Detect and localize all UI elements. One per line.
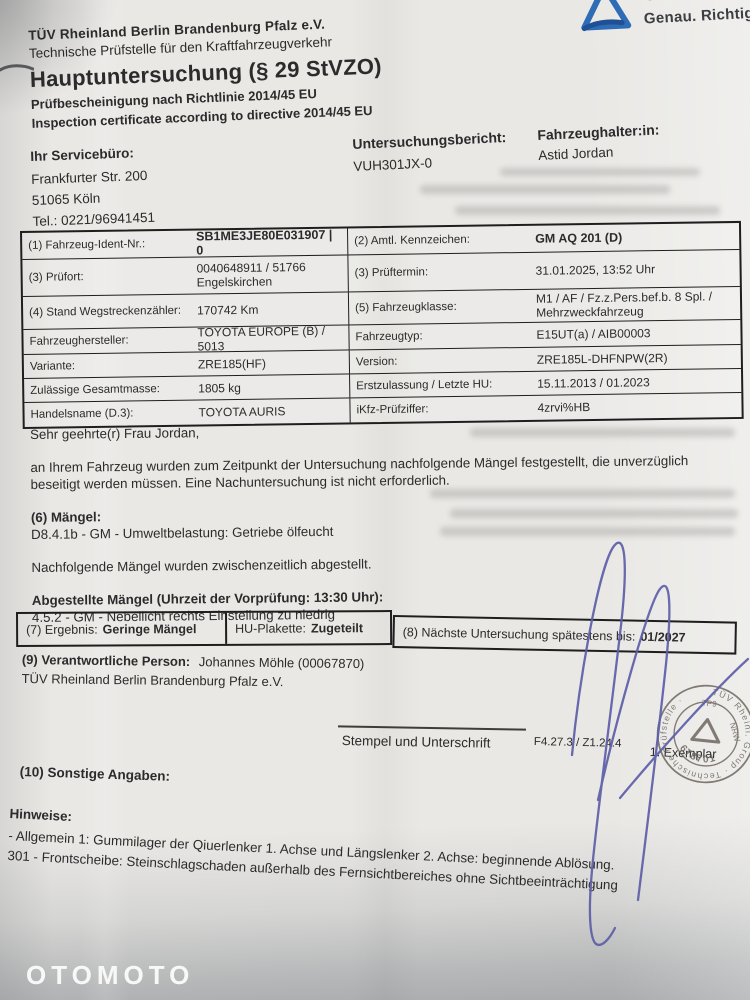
result-value: Geringe Mängel (103, 622, 197, 636)
report-number-label: Untersuchungsbericht: (352, 129, 507, 152)
row-value: GM AQ 201 (D) (529, 227, 739, 248)
responsible-person-block: (9) Verantwortliche Person: Johannes Möh… (22, 650, 365, 692)
row-label: (4) Stand Wegstreckenzähler: (23, 303, 191, 321)
notes-block: Hinweise: - Allgemein 1: Gummilager der … (7, 804, 620, 896)
brand-name-bold: TÜV (642, 0, 693, 7)
signature-line (338, 725, 526, 730)
row-label: Version: (349, 348, 531, 374)
row-value: TOYOTA EUROPE (B) / 5013 (191, 321, 348, 355)
row-label: Fahrzeughersteller: (23, 332, 191, 350)
tuv-rheinland-logo: TÜVRhein Genau. Richtig. (576, 0, 750, 36)
row-label: (5) Fahrzeugklasse: (348, 290, 530, 325)
row-label: Handelsname (D.3): (24, 405, 192, 423)
row-value: SB1ME3JE80E031907 | 0 (190, 225, 347, 259)
other-info-heading: (10) Sonstige Angaben: (20, 764, 171, 784)
responsible-label: (9) Verantwortliche Person: (22, 652, 190, 669)
letter-paragraph: an Ihrem Fahrzeug wurden zum Zeitpunkt d… (30, 452, 736, 493)
row-value: E15UT(a) / AIB00003 (530, 323, 740, 344)
stamp-triangle-icon (692, 718, 721, 742)
sticker-label: HU-Plakette: (235, 621, 306, 635)
row-label: Erstzulassung / Letzte HU: (349, 372, 531, 398)
result-cell: (7) Ergebnis: Geringe Mängel (18, 613, 225, 645)
service-office-block: Ihr Servicebüro: Frankfurter Str. 200 51… (30, 142, 155, 232)
inspector-stamp: TÜV Rheinl. Group · Technische Prüfstell… (642, 670, 750, 797)
row-value: 31.01.2025, 13:52 Uhr (529, 259, 739, 280)
inspection-certificate-photo: TÜVRhein Genau. Richtig. TÜV Rheinland B… (0, 0, 750, 1000)
resolved-note: Nachfolgende Mängel wurden zwischenzeitl… (31, 552, 737, 576)
service-office-label: Ihr Servicebüro: (30, 142, 153, 167)
result-box: (7) Ergebnis: Geringe Mängel HU-Plakette… (16, 610, 392, 647)
row-value: ZRE185(HF) (192, 353, 349, 373)
next-inspection-label: (8) Nächste Untersuchung spätestens bis: (403, 625, 636, 643)
bleed-through-text (500, 168, 700, 176)
report-number-value: VUH301JX-0 (353, 152, 508, 174)
row-label: (1) Fahrzeug-Ident-Nr.: (22, 236, 190, 254)
service-office-street: Frankfurter Str. 200 (31, 165, 154, 190)
letter-body: Sehr geehrte(r) Frau Jordan, an Ihrem Fa… (30, 419, 738, 626)
tuv-triangle-icon (576, 0, 635, 36)
row-label: (2) Amtl. Kennzeichen: (347, 226, 529, 255)
responsible-name: Johannes Möhle (00067870) (199, 654, 365, 671)
vehicle-holder-block: Fahrzeughalter:in: Astid Jordan (537, 121, 661, 163)
vehicle-data-table: (1) Fahrzeug-Ident-Nr.: SB1ME3JE80E03190… (20, 221, 744, 429)
row-value: M1 / AF / Fz.z.Pers.bef.b. 8 Spl. / Mehr… (530, 287, 740, 322)
brand-name: TÜVRhein (642, 0, 750, 5)
row-value: 15.11.2013 / 01.2023 (531, 371, 741, 392)
row-label: Variante: (24, 356, 192, 374)
stamp-region: NRW (728, 722, 742, 743)
brand-text: TÜVRhein Genau. Richtig. (642, 0, 750, 32)
row-value: 0040648911 / 51766 Engelskirchen (190, 257, 347, 291)
brand-name-light: Rhein (692, 0, 750, 4)
stamp-signature-caption: Stempel und Unterschrift (342, 733, 491, 751)
row-value: 1805 kg (192, 377, 349, 397)
result-label: (7) Ergebnis: (26, 622, 98, 636)
stamp-code: TP9 (701, 698, 717, 709)
next-inspection-value: 01/2027 (640, 629, 685, 644)
service-office-phone: Tel.: 0221/96941451 (32, 207, 155, 232)
form-codes: F4.27.3 / Z1.24.4 (534, 736, 622, 750)
row-label: iKfz-Prüfziffer: (349, 396, 531, 423)
otomoto-watermark: OTOMOTO (26, 960, 194, 991)
row-label: Fahrzeugtyp: (348, 323, 530, 350)
row-value: TOYOTA AURIS (192, 401, 349, 421)
brand-tagline: Genau. Richtig. (643, 4, 750, 27)
bleed-through-text (420, 185, 670, 194)
bleed-through-text (455, 206, 720, 215)
letterhead: TÜV Rheinland Berlin Brandenburg Pfalz e… (28, 14, 384, 130)
report-number-block: Untersuchungsbericht: VUH301JX-0 (352, 129, 508, 174)
row-label: (3) Prüftermin: (347, 253, 529, 292)
row-value: 170742 Km (191, 299, 348, 319)
vehicle-holder-value: Astid Jordan (538, 142, 661, 163)
row-value: ZRE185L-DHFNPW(2R) (531, 347, 741, 368)
row-value: 4zrvi%HB (531, 396, 741, 417)
row-label: (3) Prüfort: (23, 268, 191, 286)
vehicle-holder-label: Fahrzeughalter:in: (537, 121, 660, 143)
row-label: Zulässige Gesamtmasse: (24, 380, 192, 398)
sticker-value: Zugeteilt (311, 621, 363, 635)
next-inspection-box: (8) Nächste Untersuchung spätestens bis:… (392, 615, 737, 655)
sticker-cell: HU-Plakette: Zugeteilt (225, 612, 390, 644)
